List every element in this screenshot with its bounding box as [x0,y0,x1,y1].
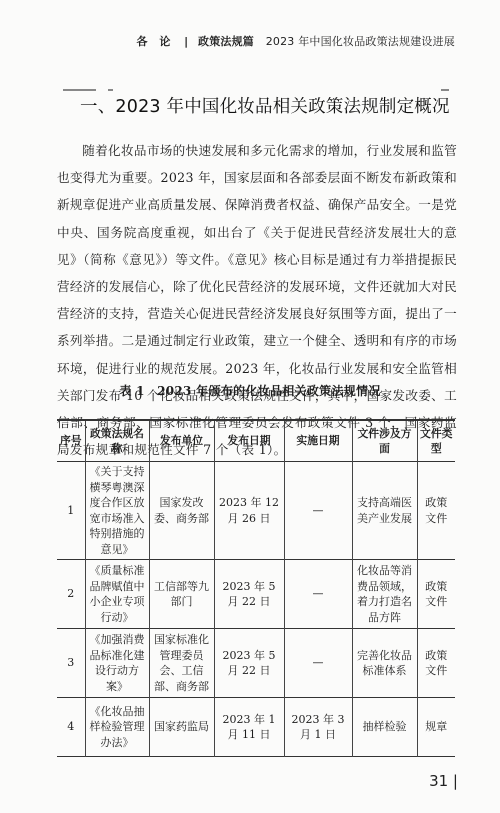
title-rule-left [63,89,96,91]
cell-no: 4 [57,698,85,757]
cell-no: 3 [57,629,85,698]
cell-type: 政策文件 [417,462,455,560]
body-paragraph: 随着化妆品市场的快速发展和多元化需求的增加，行业发展和监管也变得尤为重要。202… [57,137,457,463]
header-scope: 文件涉及方面 [352,420,417,462]
cell-effective-date: — [284,629,352,698]
cell-name: 《化妆品抽样检验管理办法》 [85,698,149,757]
cell-scope: 抽样检验 [352,698,417,757]
header-issuer: 发布单位 [149,420,214,462]
cell-scope: 化妆品等消费品领域，着力打造名品方阵 [352,560,417,629]
header-name: 政策法规名称 [85,420,149,462]
cell-name: 《加强消费品标准化建设行动方案》 [85,629,149,698]
cell-effective-date: — [284,560,352,629]
table-header-row: 序号 政策法规名称 发布单位 发布日期 实施日期 文件涉及方面 文件类型 [57,420,455,462]
header-part: 政策法规篇 [198,35,254,48]
header-section: 各 论 [137,35,175,48]
header-no: 序号 [57,420,85,462]
cell-issue-date: 2023 年 12 月 26 日 [214,462,284,560]
cell-scope: 支持高端医美产业发展 [352,462,417,560]
title-rule-left-dot [108,89,113,91]
cell-scope: 完善化妆品标准体系 [352,629,417,698]
header-issue-date: 发布日期 [214,420,284,462]
cell-type: 政策文件 [417,560,455,629]
cell-issuer: 工信部等九部门 [149,560,214,629]
cell-issue-date: 2023 年 5 月 22 日 [214,629,284,698]
cell-issue-date: 2023 年 5 月 22 日 [214,560,284,629]
cell-effective-date: 2023 年 3 月 1 日 [284,698,352,757]
table-row: 4 《化妆品抽样检验管理办法》 国家药监局 2023 年 1 月 11 日 20… [57,698,455,757]
table-caption: 表 1 2023 年颁布的化妆品相关政策法规情况 [0,382,500,399]
table-row: 3 《加强消费品标准化建设行动方案》 国家标准化管理委员会、工信部、商务部 20… [57,629,455,698]
policy-table: 序号 政策法规名称 发布单位 发布日期 实施日期 文件涉及方面 文件类型 1 《… [57,419,455,757]
cell-type: 政策文件 [417,629,455,698]
header-chapter: 2023 年中国化妆品政策法规建设进展 [266,35,455,48]
cell-issuer: 国家发改委、商务部 [149,462,214,560]
table-row: 2 《质量标准品牌赋值中小企业专项行动》 工信部等九部门 2023 年 5 月 … [57,560,455,629]
cell-type: 规章 [417,698,455,757]
cell-issue-date: 2023 年 1 月 11 日 [214,698,284,757]
cell-effective-date: — [284,462,352,560]
cell-name: 《关于支持横琴粤澳深度合作区放宽市场准入特别措施的意见》 [85,462,149,560]
cell-no: 2 [57,560,85,629]
running-header: 各 论 | 政策法规篇 2023 年中国化妆品政策法规建设进展 [137,33,455,49]
cell-issuer: 国家药监局 [149,698,214,757]
page-number: 31 | [429,772,458,790]
cell-no: 1 [57,462,85,560]
header-separator: | [184,35,188,48]
section-title: 一、2023 年中国化妆品相关政策法规制定概况 [80,93,450,118]
cell-issuer: 国家标准化管理委员会、工信部、商务部 [149,629,214,698]
header-effective-date: 实施日期 [284,420,352,462]
cell-name: 《质量标准品牌赋值中小企业专项行动》 [85,560,149,629]
title-rule-right [441,89,449,91]
header-type: 文件类型 [417,420,455,462]
table-row: 1 《关于支持横琴粤澳深度合作区放宽市场准入特别措施的意见》 国家发改委、商务部… [57,462,455,560]
